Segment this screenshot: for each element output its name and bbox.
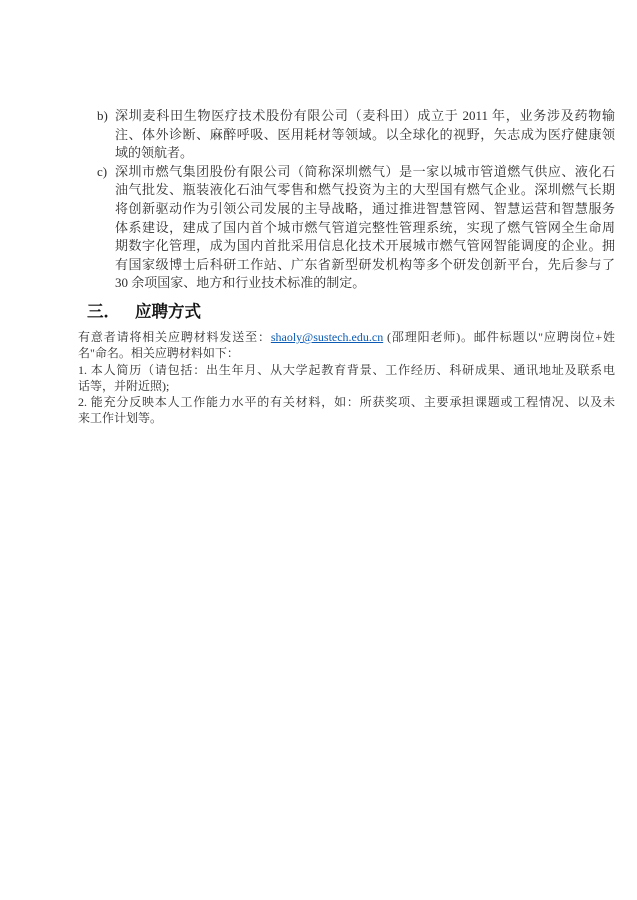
material-item-1-line: 话等，并附近照); <box>78 378 615 394</box>
list-item-c-label: c) <box>97 163 107 182</box>
text-line: 30 余项国家、地方和行业技术标准的制定。 <box>115 274 615 293</box>
material-item-2-line: 来工作计划等。 <box>78 410 615 426</box>
text-line: 有国家级博士后科研工作站、广东省新型研发机构等多个研发创新平台，先后参与了 <box>115 256 615 275</box>
text-line: 油气批发、瓶装液化石油气零售和燃气投资为主的大型国有燃气企业。深圳燃气长期 <box>115 181 615 200</box>
apply-line-2: 名"命名。相关应聘材料如下： <box>78 345 615 361</box>
section-number: 三． <box>87 303 120 321</box>
apply-line1-rest: (邵理阳老师)。邮件标题以"应聘岗位+姓 <box>383 330 615 344</box>
company-list: b) 深圳麦科田生物医疗技术股份有限公司（麦科田）成立于 2011 年，业务涉及… <box>78 107 615 293</box>
text-line: 注、体外诊断、麻醉呼吸、医用耗材等领域。以全球化的视野，矢志成为医疗健康领 <box>115 126 615 145</box>
text-line: 体系建设，建成了国内首个城市燃气管道完整性管理系统，实现了燃气管网全生命周 <box>115 219 615 238</box>
apply-section: 有意者请将相关应聘材料发送至：shaoly@sustech.edu.cn (邵理… <box>78 329 615 427</box>
list-item-c: c) 深圳市燃气集团股份有限公司（简称深圳燃气）是一家以城市管道燃气供应、液化石… <box>78 163 615 293</box>
apply-intro-text: 有意者请将相关应聘材料发送至： <box>78 330 271 344</box>
material-item-2-line: 2. 能充分反映本人工作能力水平的有关材料，如：所获奖项、主要承担课题或工程情况… <box>78 394 615 410</box>
text-line: 深圳麦科田生物医疗技术股份有限公司（麦科田）成立于 2011 年，业务涉及药物输 <box>115 107 615 126</box>
document-page: b) 深圳麦科田生物医疗技术股份有限公司（麦科田）成立于 2011 年，业务涉及… <box>0 0 637 900</box>
text-line: 将创新驱动作为引领公司发展的主导战略，通过推进智慧管网、智慧运营和智慧服务 <box>115 200 615 219</box>
document-content: b) 深圳麦科田生物医疗技术股份有限公司（麦科田）成立于 2011 年，业务涉及… <box>78 107 615 427</box>
text-line: 域的领航者。 <box>115 144 615 163</box>
material-item-1-line: 1. 本人简历（请包括：出生年月、从大学起教育背景、工作经历、科研成果、通讯地址… <box>78 362 615 378</box>
section-heading: 三．应聘方式 <box>78 302 615 322</box>
text-line: 深圳市燃气集团股份有限公司（简称深圳燃气）是一家以城市管道燃气供应、液化石 <box>115 163 615 182</box>
apply-line-1: 有意者请将相关应聘材料发送至：shaoly@sustech.edu.cn (邵理… <box>78 329 615 345</box>
list-item-b: b) 深圳麦科田生物医疗技术股份有限公司（麦科田）成立于 2011 年，业务涉及… <box>78 107 615 163</box>
email-link[interactable]: shaoly@sustech.edu.cn <box>271 330 383 344</box>
section-title: 应聘方式 <box>135 303 201 321</box>
text-line: 期数字化管理，成为国内首批采用信息化技术开展城市燃气管网智能调度的企业。拥 <box>115 237 615 256</box>
list-item-b-label: b) <box>97 107 108 126</box>
